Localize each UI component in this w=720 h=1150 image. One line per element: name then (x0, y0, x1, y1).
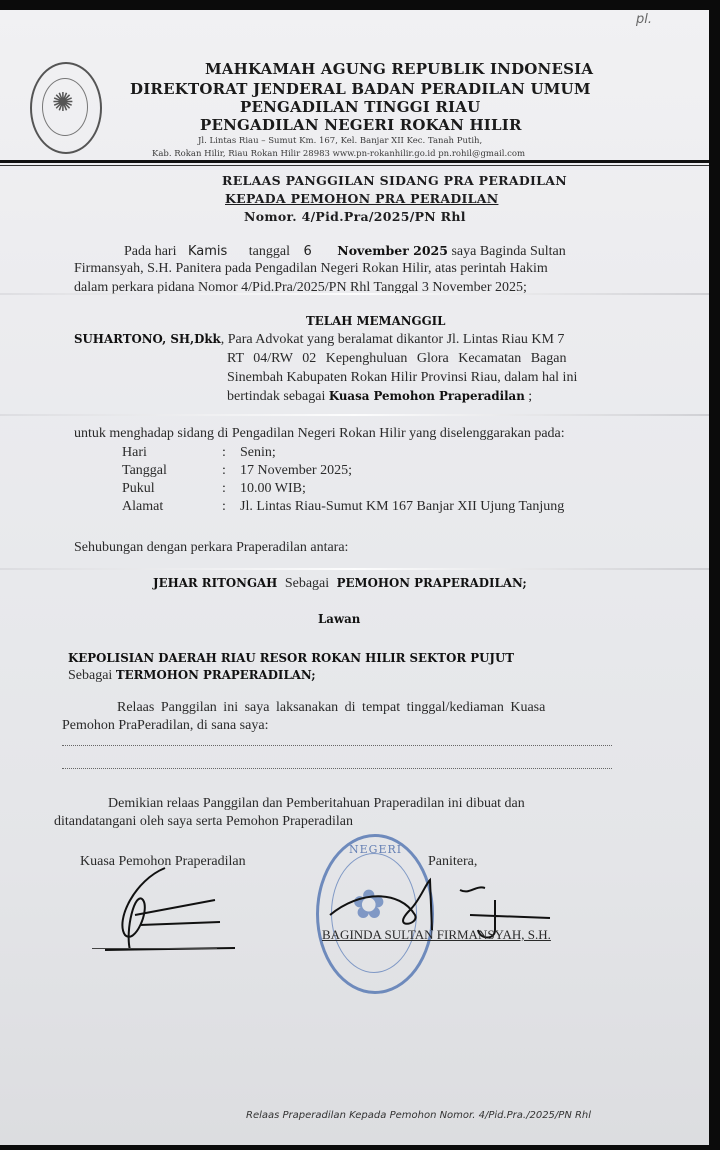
applicant-role: PEMOHON PRAPERADILAN; (337, 576, 527, 590)
blank-line-1 (62, 744, 612, 746)
summoned-line-2: RT 04/RW 02 Kepenghuluan Glora Kecamatan… (227, 351, 566, 367)
summoned-heading: TELAH MEMANGGIL (306, 314, 445, 328)
document-number: Nomor. 4/Pid.Pra/2025/PN Rhl (244, 209, 466, 224)
hearing-separator: : (222, 445, 240, 461)
opening-line-1: Pada hari Kamis tanggal 6 November 2025 … (124, 243, 566, 260)
hearing-value: Jl. Lintas Riau-Sumut KM 167 Banjar XII … (240, 499, 564, 514)
blank-line-2 (62, 767, 612, 769)
hearing-separator: : (222, 481, 240, 497)
summoned-line-4: bertindak sebagai Kuasa Pemohon Praperad… (227, 389, 532, 405)
document-subtitle: KEPADA PEMOHON PRA PERADILAN (225, 191, 498, 206)
hearing-value: 17 November 2025; (240, 463, 352, 478)
letterhead-line-3: PENGADILAN TINGGI RIAU (240, 98, 480, 116)
handwritten-day: Kamis (188, 244, 227, 259)
document-title: RELAAS PANGGILAN SIDANG PRA PERADILAN (222, 173, 567, 188)
clerk-name: BAGINDA SULTAN FIRMANSYAH, S.H. (322, 927, 551, 943)
closing-line-1: Demikian relaas Panggilan dan Pemberitah… (108, 796, 525, 812)
right-signature-label: Panitera, (428, 854, 477, 870)
photo-top-border (0, 0, 720, 10)
respondent-name: KEPOLISIAN DAERAH RIAU RESOR ROKAN HILIR… (68, 651, 514, 665)
hearing-row: Alamat:Jl. Lintas Riau-Sumut KM 167 Banj… (122, 499, 564, 515)
hearing-separator: : (222, 499, 240, 515)
letterhead-line-2: DIREKTORAT JENDERAL BADAN PERADILAN UMUM (130, 80, 591, 98)
hearing-label: Hari (122, 445, 222, 461)
hearing-row: Pukul:10.00 WIB; (122, 481, 306, 497)
hearing-label: Alamat (122, 499, 222, 515)
letterhead-address-2: Kab. Rokan Hilir, Riau Rokan Hilir 28983… (152, 149, 525, 159)
hearing-row: Tanggal:17 November 2025; (122, 463, 352, 479)
applicant-name: JEHAR RITONGAH (153, 576, 277, 590)
letterhead-rule (0, 160, 709, 163)
letterhead-address-1: Jl. Lintas Riau – Sumut Km. 167, Kel. Ba… (198, 136, 482, 146)
hearing-value: 10.00 WIB; (240, 481, 306, 496)
summoned-line-3: Sinembah Kabupaten Rokan Hilir Provinsi … (227, 370, 577, 386)
court-emblem-icon: ✺ (30, 62, 102, 154)
execution-line-2: Pemohon PraPeradilan, di sana saya: (62, 718, 268, 734)
summoned-line-1: SUHARTONO, SH,Dkk, Para Advokat yang ber… (74, 332, 564, 348)
hearing-row: Hari:Senin; (122, 445, 276, 461)
respondent-role-line: Sebagai TERMOHON PRAPERADILAN; (68, 668, 316, 684)
handwritten-date: 6 (304, 244, 312, 259)
document-page: pl. ✺ MAHKAMAH AGUNG REPUBLIK INDONESIA … (0, 10, 709, 1145)
corner-mark: pl. (636, 12, 652, 27)
clerk-signature-icon (320, 870, 560, 960)
respondent-role: TERMOHON PRAPERADILAN; (116, 668, 316, 682)
hearing-value: Senin; (240, 445, 276, 460)
hearing-separator: : (222, 463, 240, 479)
letterhead-line-1: MAHKAMAH AGUNG REPUBLIK INDONESIA (205, 60, 593, 78)
hearing-label: Pukul (122, 481, 222, 497)
opening-line-2: Firmansyah, S.H. Panitera pada Pengadila… (74, 261, 548, 277)
applicant-line: JEHAR RITONGAH Sebagai PEMOHON PRAPERADI… (153, 576, 527, 592)
letterhead-rule-thin (0, 165, 709, 166)
versus-label: Lawan (318, 612, 360, 626)
execution-line-1: Relaas Panggilan ini saya laksanakan di … (117, 700, 545, 716)
applicant-signature-icon (95, 860, 245, 960)
closing-line-2: ditandatangani oleh saya serta Pemohon P… (54, 814, 353, 830)
page-footer: Relaas Praperadilan Kepada Pemohon Nomor… (246, 1110, 591, 1121)
advocate-name: SUHARTONO, SH,Dkk (74, 332, 221, 346)
letterhead-line-4: PENGADILAN NEGERI ROKAN HILIR (200, 116, 522, 134)
parties-intro: Sehubungan dengan perkara Praperadilan a… (74, 540, 348, 556)
hearing-label: Tanggal (122, 463, 222, 479)
hearing-intro: untuk menghadap sidang di Pengadilan Neg… (74, 426, 565, 442)
